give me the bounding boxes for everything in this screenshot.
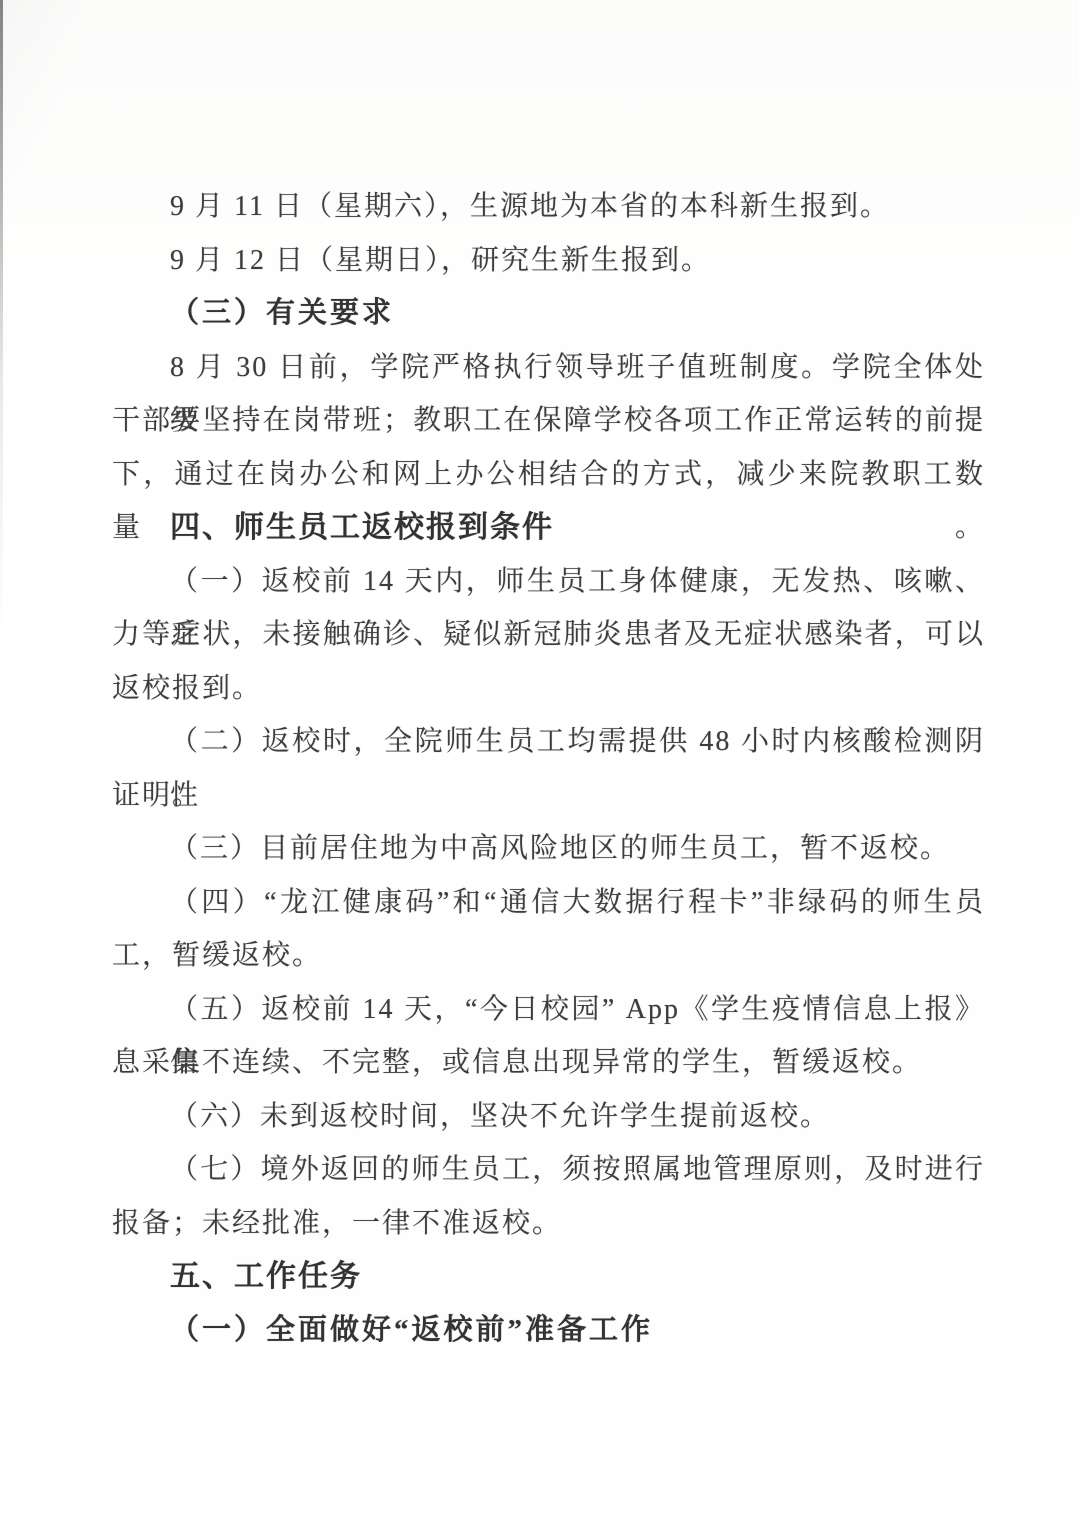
document-line: 息采集不连续、不完整，或信息出现异常的学生，暂缓返校。: [112, 1036, 985, 1090]
document-line: （三）有关要求: [112, 287, 985, 341]
document-line: （一）全面做好“返校前”准备工作: [112, 1304, 985, 1358]
document-line: 力等症状，未接触确诊、疑似新冠肺炎患者及无症状感染者，可以: [112, 608, 985, 662]
document-line: （二）返校时，全院师生员工均需提供 48 小时内核酸检测阴性: [112, 715, 985, 769]
document-line: （四）“龙江健康码”和“通信大数据行程卡”非绿码的师生员: [112, 876, 985, 930]
document-body: 9 月 11 日（星期六），生源地为本省的本科新生报到。9 月 12 日（星期日…: [112, 180, 985, 1357]
scanned-document-page: 9 月 11 日（星期六），生源地为本省的本科新生报到。9 月 12 日（星期日…: [0, 0, 1079, 1513]
document-line: 五、工作任务: [112, 1250, 985, 1304]
document-line: 9 月 12 日（星期日），研究生新生报到。: [112, 234, 985, 288]
document-line: 9 月 11 日（星期六），生源地为本省的本科新生报到。: [112, 180, 985, 234]
document-line: （三）目前居住地为中高风险地区的师生员工，暂不返校。: [112, 822, 985, 876]
document-line: 报备；未经批准，一律不准返校。: [112, 1197, 985, 1251]
document-line: （六）未到返校时间，坚决不允许学生提前返校。: [112, 1090, 985, 1144]
document-line: （五）返校前 14 天，“今日校园” App《学生疫情信息上报》信: [112, 983, 985, 1037]
document-line: （七）境外返回的师生员工，须按照属地管理原则，及时进行: [112, 1143, 985, 1197]
document-line: 工，暂缓返校。: [112, 929, 985, 983]
document-line: 下，通过在岗办公和网上办公相结合的方式，减少来院教职工数量。: [112, 448, 985, 502]
document-line: 8 月 30 日前，学院严格执行领导班子值班制度。学院全体处级: [112, 341, 985, 395]
document-line: 干部要坚持在岗带班；教职工在保障学校各项工作正常运转的前提: [112, 394, 985, 448]
document-line: 证明。: [112, 769, 985, 823]
document-line: 返校报到。: [112, 662, 985, 716]
document-line: （一）返校前 14 天内，师生员工身体健康，无发热、咳嗽、乏: [112, 555, 985, 609]
scan-edge-artifact: [0, 0, 3, 640]
